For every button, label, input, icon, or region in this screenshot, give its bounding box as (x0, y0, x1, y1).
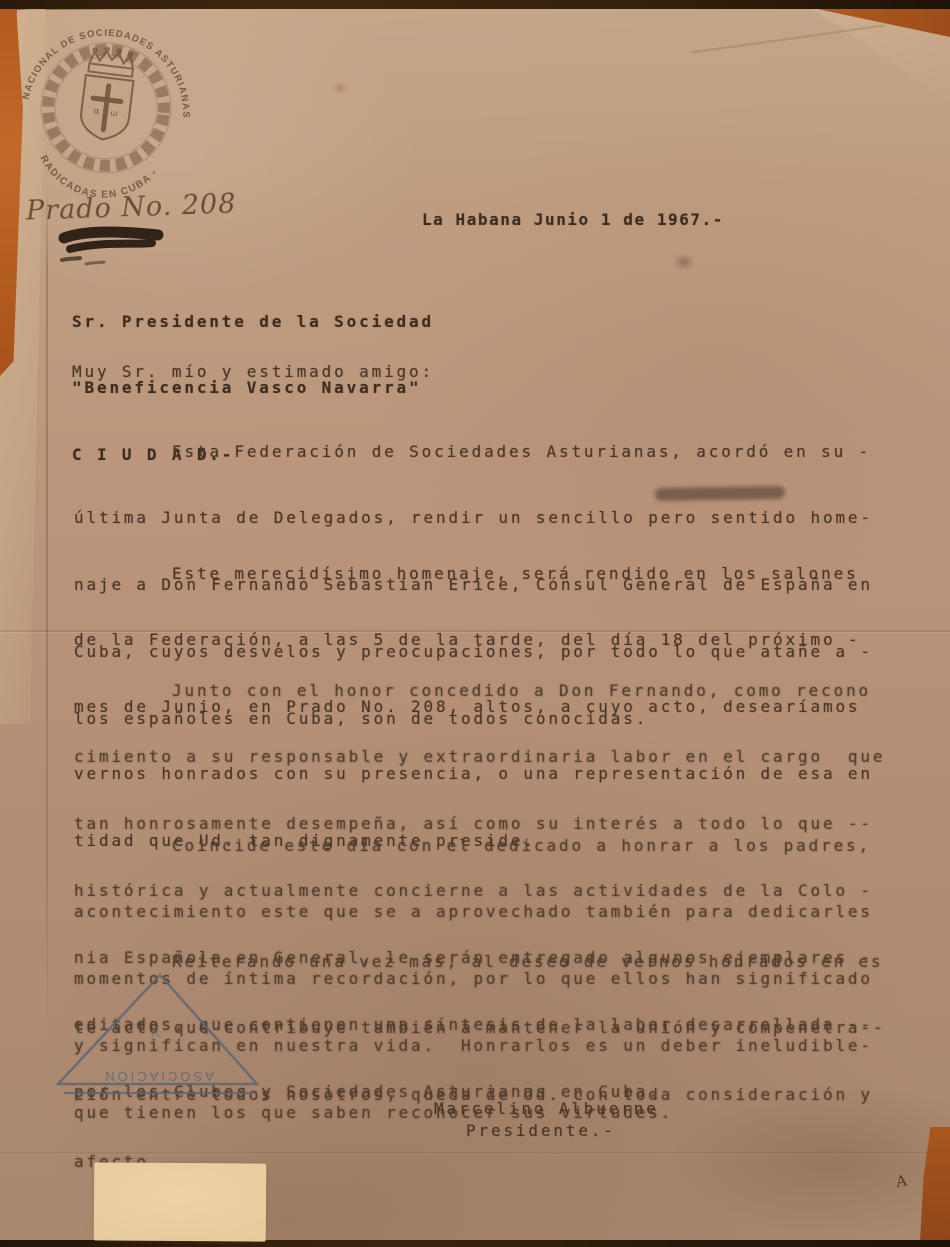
triangle-association-stamp-icon: ASOCIACION (52, 972, 264, 1106)
corner-mark: A (895, 1171, 908, 1190)
vertical-crease (46, 185, 48, 1025)
federation-seal-stamp-icon: NACIONAL DE SOCIEDADES ASTURIANAS RADICA… (0, 1, 217, 215)
signature-title: Presidente.- (466, 1120, 616, 1142)
wood-frame-top (0, 0, 950, 9)
signature-name: Marcelino Albuerne (434, 1098, 659, 1120)
wood-frame-bottom (0, 1240, 950, 1247)
letter-line: cimiento a su responsable y extraordinar… (74, 746, 885, 768)
letter-line: Junto con el honor concedido a Don Ferna… (74, 680, 885, 702)
triangle-stamp-text: ASOCIACION (102, 1069, 214, 1084)
letter-line: Esta Federación de Sociedades Asturianas… (74, 441, 873, 463)
svg-text:α: α (93, 106, 100, 117)
seal-shield-icon: α ω (78, 75, 133, 142)
salutation: Muy Sr. mío y estimado amigo: (72, 361, 434, 383)
letter-line: Coincide este día con el dedicado a honr… (74, 835, 873, 857)
blank-label-patch (94, 1162, 267, 1241)
svg-text:ω: ω (110, 108, 119, 119)
date-line: La Habana Junio 1 de 1967.- (422, 209, 724, 231)
crossed-out-word (56, 224, 186, 272)
letter-line: Este merecidísimo homenaje, será rendido… (74, 563, 873, 585)
scanned-letter-photo: NACIONAL DE SOCIEDADES ASTURIANAS RADICA… (0, 0, 950, 1247)
recipient-line: Sr. Presidente de la Sociedad (72, 311, 434, 333)
letter-line: Reiterando una vez más, al deseo de vern… (74, 951, 885, 973)
ink-smudge (655, 486, 785, 501)
